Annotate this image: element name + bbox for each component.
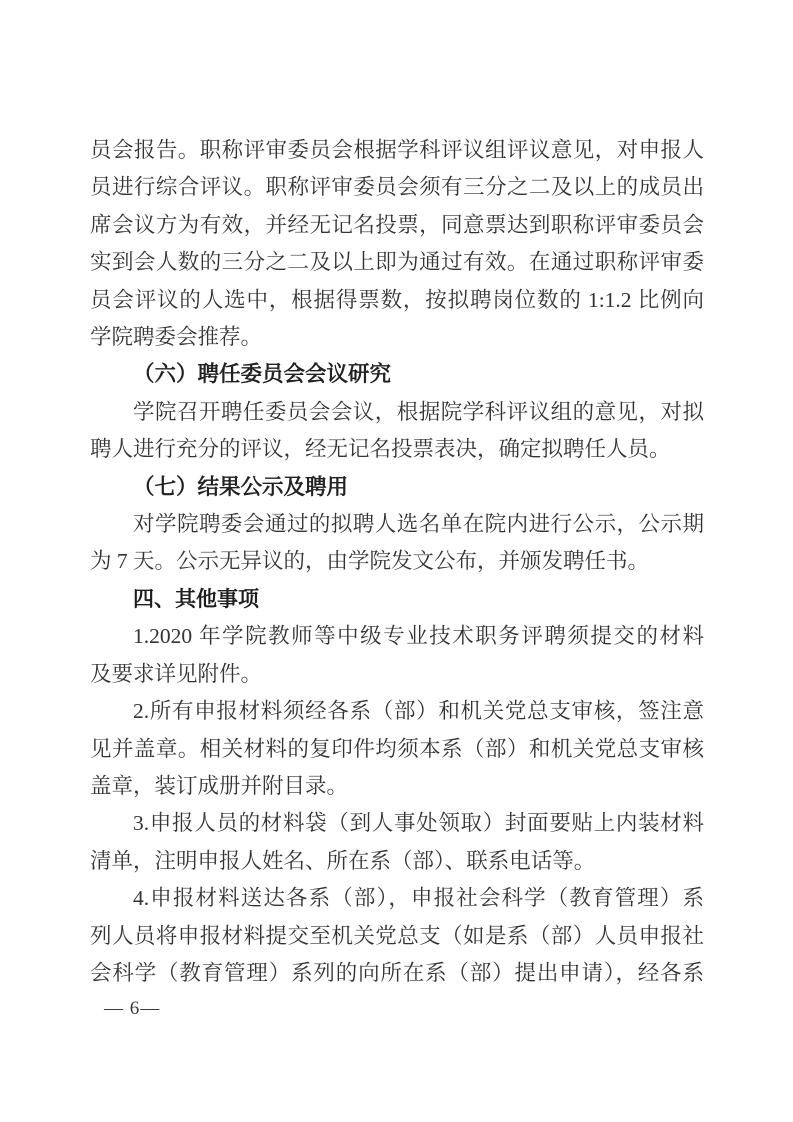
paragraph-line: 学院聘委会推荐。 (90, 319, 704, 356)
paragraph-line: 见并盖章。相关材料的复印件均须本系（部）和机关党总支审核 (90, 731, 704, 768)
paragraph-line: 对学院聘委会通过的拟聘人选名单在院内进行公示，公示期 (90, 506, 704, 543)
paragraph-line: 为 7 天。公示无异议的，由学院发文公布，并颁发聘任书。 (90, 543, 704, 580)
page-number: — 6— (104, 996, 160, 1022)
paragraph-line: 1.2020 年学院教师等中级专业技术职务评聘须提交的材料 (90, 618, 704, 655)
paragraph-line: 聘人进行充分的评议，经无记名投票表决，确定拟聘任人员。 (90, 431, 704, 468)
paragraph-line: 会科学（教育管理）系列的向所在系（部）提出申请），经各系 (90, 955, 704, 992)
paragraph-line: 盖章，装订成册并附目录。 (90, 768, 704, 805)
paragraph-line: 2.所有申报材料须经各系（部）和机关党总支审核，签注意 (90, 693, 704, 730)
section-heading-other-items: 四、其他事项 (90, 581, 704, 618)
paragraph-line: 列人员将申报材料提交至机关党总支（如是系（部）人员申报社 (90, 918, 704, 955)
paragraph-line: 员会评议的人选中，根据得票数，按拟聘岗位数的 1:1.2 比例向 (90, 282, 704, 319)
paragraph-line: 实到会人数的三分之二及以上即为通过有效。在通过职称评审委 (90, 244, 704, 281)
paragraph-line: 席会议方为有效，并经无记名投票，同意票达到职称评审委员会 (90, 207, 704, 244)
paragraph-line: 4.申报材料送达各系（部），申报社会科学（教育管理）系 (90, 880, 704, 917)
document-page: 员会报告。职称评审委员会根据学科评议组评议意见，对申报人 员进行综合评议。职称评… (0, 0, 793, 1122)
document-text-block: 员会报告。职称评审委员会根据学科评议组评议意见，对申报人 员进行综合评议。职称评… (90, 132, 704, 992)
paragraph-line: 学院召开聘任委员会会议，根据院学科评议组的意见，对拟 (90, 394, 704, 431)
paragraph-line: 员会报告。职称评审委员会根据学科评议组评议意见，对申报人 (90, 132, 704, 169)
paragraph-line: 3.申报人员的材料袋（到人事处领取）封面要贴上内装材料 (90, 805, 704, 842)
section-heading-7: （七）结果公示及聘用 (90, 469, 704, 506)
paragraph-line: 及要求详见附件。 (90, 656, 704, 693)
paragraph-line: 员进行综合评议。职称评审委员会须有三分之二及以上的成员出 (90, 169, 704, 206)
section-heading-6: （六）聘任委员会会议研究 (90, 356, 704, 393)
paragraph-line: 清单，注明申报人姓名、所在系（部）、联系电话等。 (90, 843, 704, 880)
